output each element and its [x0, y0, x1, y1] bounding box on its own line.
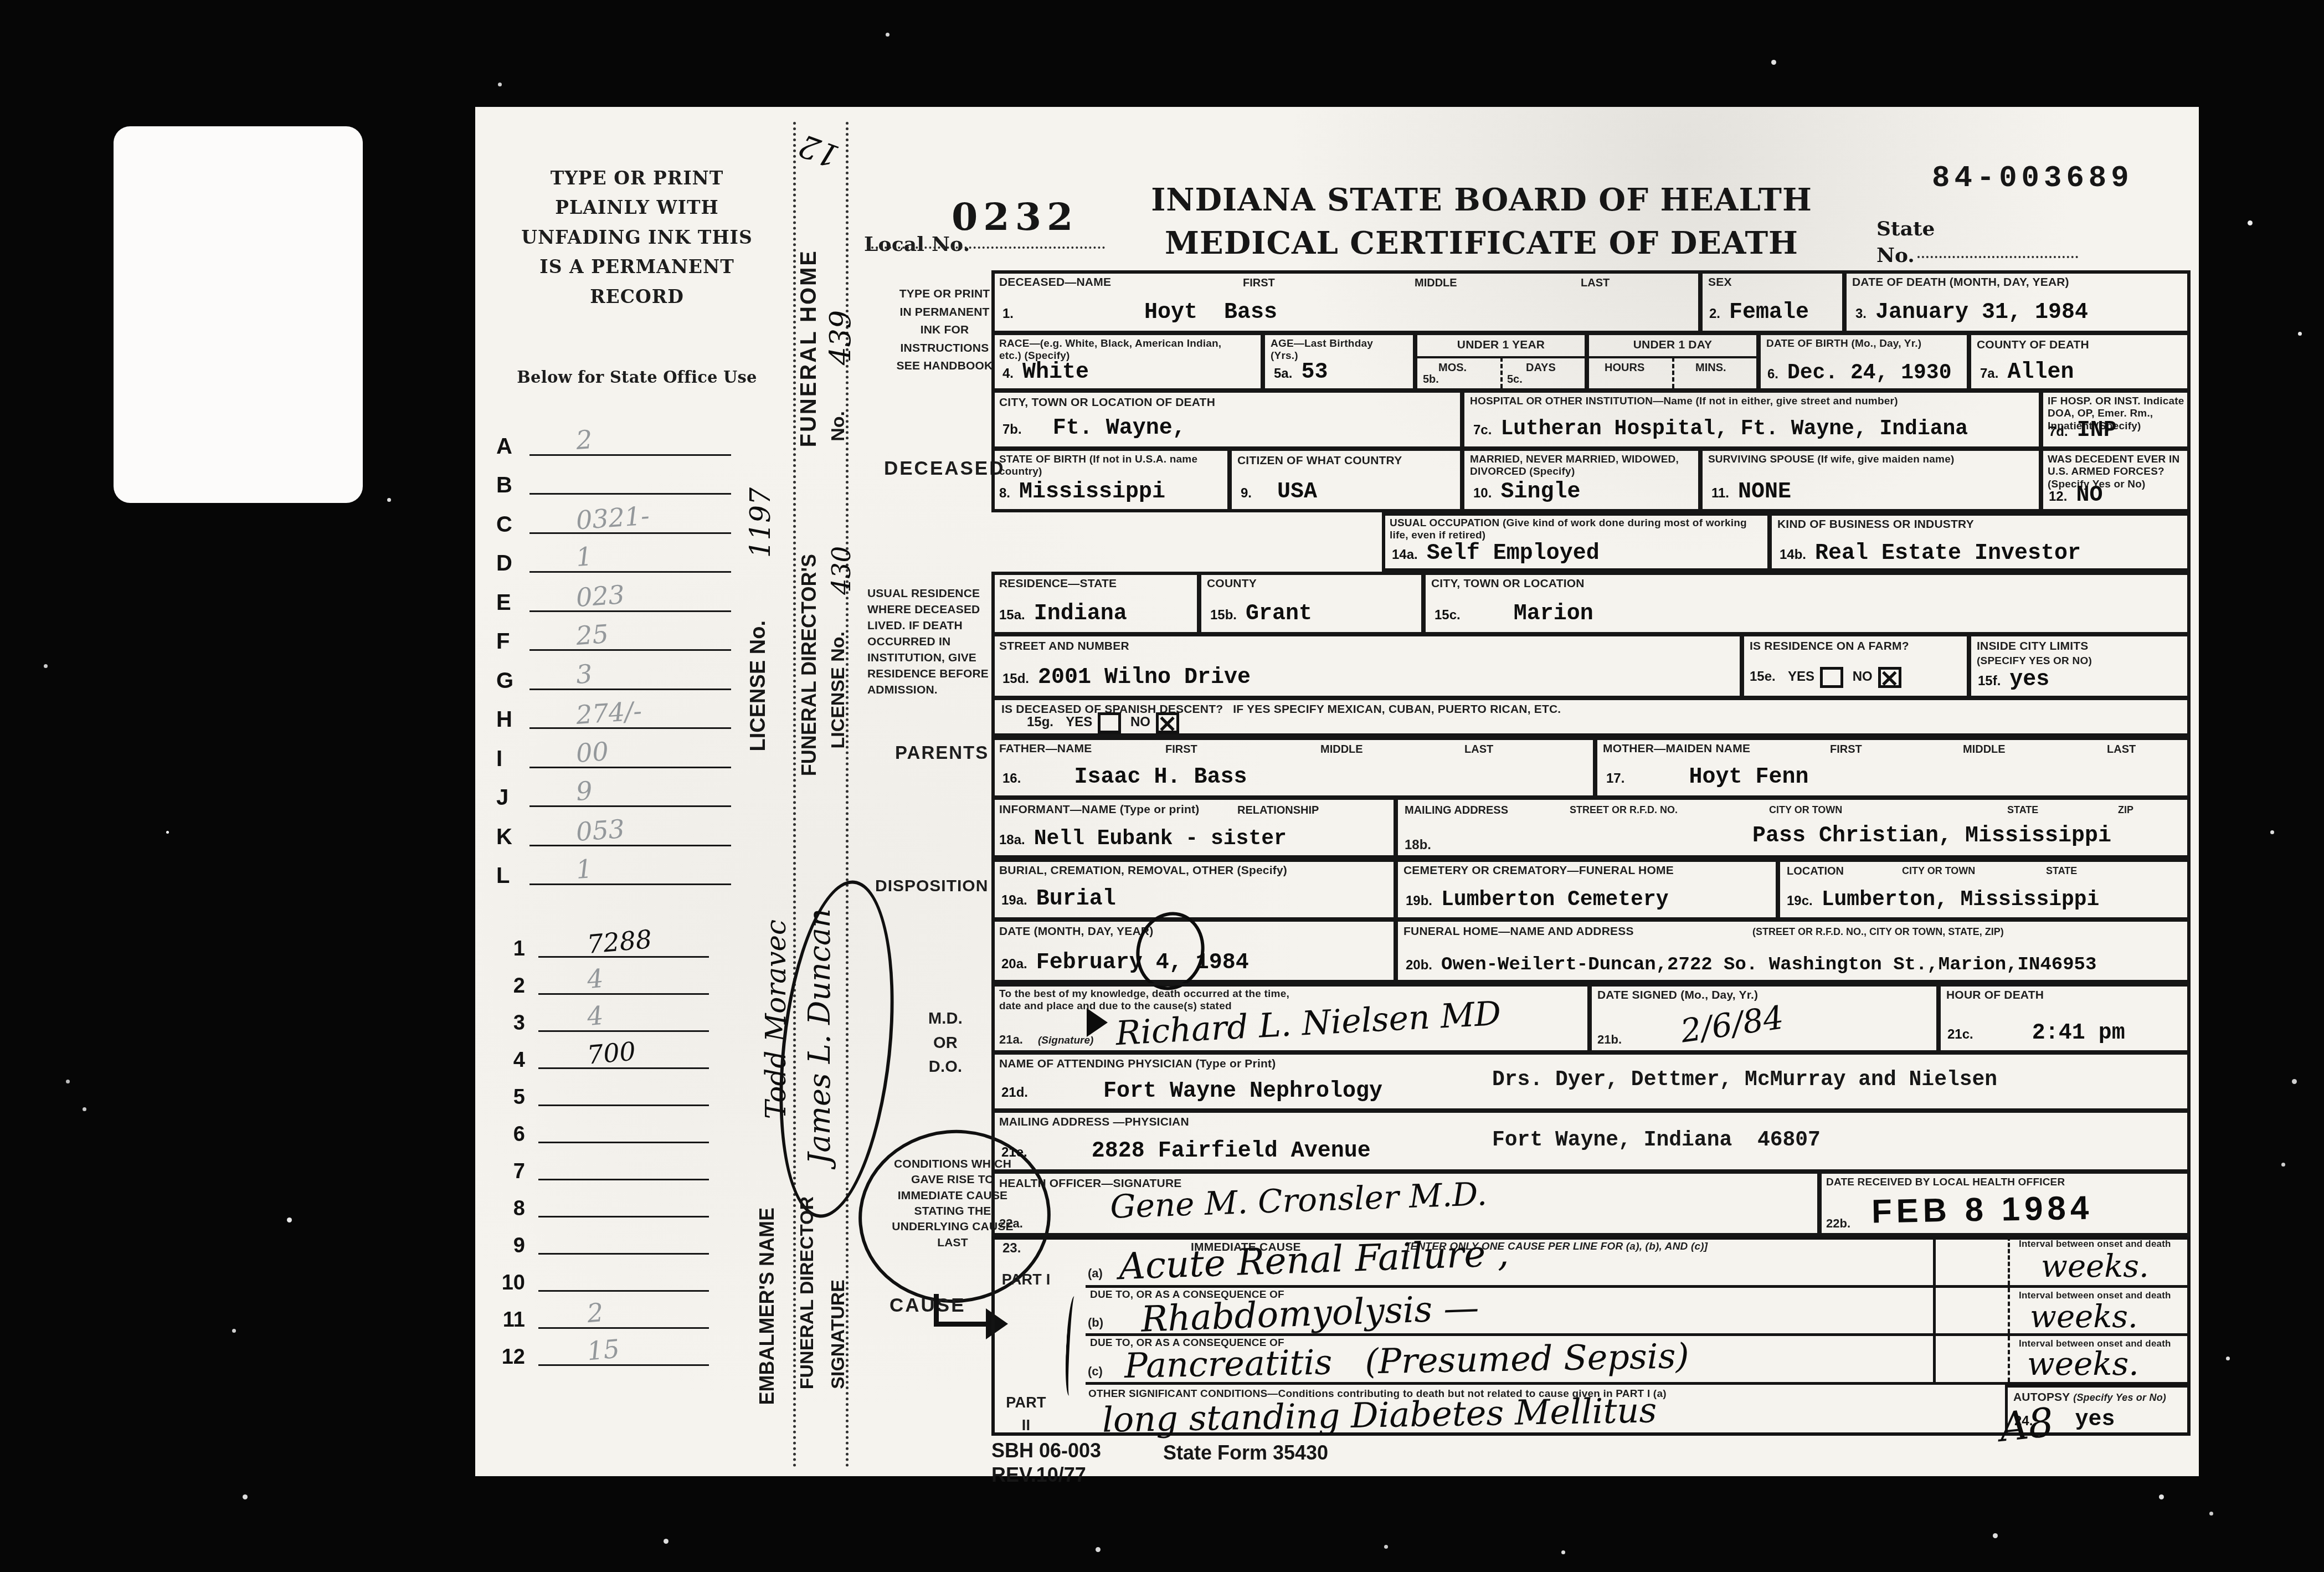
row-letter: F: [496, 629, 510, 654]
row-line: [529, 649, 731, 651]
residence-state-value: Indiana: [1034, 602, 1127, 626]
row-letter: J: [496, 785, 508, 810]
city-limits-sublabel: (SPECIFY YES OR NO): [1977, 655, 2092, 667]
row-number: 9: [493, 1234, 525, 1258]
row-line: [538, 1253, 709, 1255]
row-line: [538, 1104, 709, 1106]
cemetery-location-value: Lumberton, Mississippi: [1822, 888, 2100, 912]
row-line: [538, 1179, 709, 1180]
relationship-sublabel: RELATIONSHIP: [1237, 804, 1319, 817]
field-number: 9.: [1241, 486, 1252, 501]
business-label: KIND OF BUSINESS OR INDUSTRY: [1777, 518, 1974, 532]
row-value: 053: [575, 814, 625, 847]
date-of-birth-label: DATE OF BIRTH (Mo., Day, Yr.): [1766, 338, 1955, 350]
spanish-no-checkbox: [1156, 712, 1179, 733]
field-number: 20a.: [1001, 957, 1027, 972]
row-number: 2: [493, 974, 525, 998]
field-number: 7b.: [1002, 422, 1022, 437]
interval-b: Interval between onset and death weeks.: [1933, 1288, 2191, 1336]
list-item: H 274/-: [493, 696, 737, 735]
county-of-death-label: COUNTY OF DEATH: [1977, 338, 2089, 352]
field-informant-address: MAILING ADDRESS STREET OR R.F.D. NO. CIT…: [1396, 798, 2191, 859]
gutter-dotted-rule-left: [793, 122, 796, 1468]
margin-disposition: DISPOSITION: [875, 876, 988, 896]
cell-rule: [1589, 356, 1756, 358]
part-2-label: PART II: [1000, 1391, 1052, 1436]
field-number: 21c.: [1947, 1027, 1973, 1042]
row-value: 700: [586, 1036, 637, 1070]
list-item: 2 4: [493, 963, 714, 1000]
mailing-address-sublabel: MAILING ADDRESS: [1405, 804, 1508, 817]
field-disposition-date: DATE (MONTH, DAY, YEAR) 20a.February 4, …: [991, 919, 1396, 983]
father-label: FATHER—NAME: [999, 742, 1092, 756]
field-number: 22a.: [999, 1216, 1023, 1231]
farm-label: IS RESIDENCE ON A FARM?: [1750, 640, 1909, 654]
interval-c: Interval between onset and death weeks.: [1933, 1336, 2191, 1385]
date-signed-value: 2/6/84: [1678, 998, 1786, 1050]
farm-yes-checkbox: [1820, 667, 1843, 688]
physician-address-label: MAILING ADDRESS —PHYSICIAN: [999, 1116, 1189, 1129]
spanish-yes-label: YES: [1066, 715, 1092, 730]
disposition-value: Burial: [1036, 887, 1116, 912]
row-number: 7: [493, 1160, 525, 1184]
list-item: E 023: [493, 578, 737, 618]
days-sublabel: DAYS: [1526, 362, 1556, 374]
field-number: 15c.: [1434, 608, 1461, 623]
date-of-death-value: January 31, 1984: [1875, 300, 2088, 325]
row-number: 12: [493, 1345, 525, 1369]
funeral-home-no-label: No.: [827, 411, 849, 441]
surviving-spouse-value: NONE: [1738, 480, 1791, 505]
row-value: 25: [575, 619, 609, 651]
row-line: [538, 1290, 709, 1292]
zip-sublabel: ZIP: [2118, 804, 2133, 816]
director-license-label: LICENSE No.: [827, 631, 849, 749]
field-residence-county: COUNTY 15b.Grant: [1199, 572, 1423, 634]
field-number: 7a.: [1980, 366, 1998, 381]
state-form-number: State Form 35430: [1163, 1441, 1328, 1465]
disposition-label: BURIAL, CREMATION, REMOVAL, OTHER (Speci…: [999, 864, 1359, 878]
city-sublabel: CITY OR TOWN: [1902, 865, 1975, 877]
field-number: 5a.: [1274, 366, 1292, 381]
field-number: 1.: [1002, 306, 1014, 321]
list-item: F 25: [493, 618, 737, 657]
state-office-use-label: Below for State Office Use: [498, 368, 775, 387]
field-mother: MOTHER—MAIDEN NAME FIRST MIDDLE LAST 17.…: [1595, 737, 2191, 798]
list-item: B: [493, 461, 737, 501]
field-number: 21b.: [1597, 1032, 1622, 1047]
field-deceased-name: DECEASED—NAME FIRST MIDDLE LAST 1.Hoyt B…: [991, 270, 1700, 333]
field-business: KIND OF BUSINESS OR INDUSTRY 14b.Real Es…: [1770, 512, 2191, 572]
cause-line-a: (a) Acute Renal Failure ,: [1086, 1236, 1933, 1288]
row-number: 11: [493, 1308, 525, 1332]
citizenship-label: CITIZEN OF WHAT COUNTRY: [1237, 454, 1402, 468]
field-residence-city: CITY, TOWN OR LOCATION 15c.Marion: [1423, 572, 2191, 634]
field-spanish-descent: IS DECEASED OF SPANISH DESCENT? IF YES S…: [991, 698, 2191, 737]
local-no-line: [867, 246, 1105, 249]
row-line: [529, 610, 731, 612]
list-item: 8: [493, 1186, 714, 1223]
surviving-spouse-label: SURVIVING SPOUSE (If wife, give maiden n…: [1708, 454, 2024, 466]
farm-checkbox-row: 15e. YES NO: [1750, 667, 1907, 688]
row-value: 023: [575, 579, 625, 613]
sex-value: Female: [1729, 300, 1809, 325]
field-age: AGE—Last Birthday (Yrs.) 5a.53: [1263, 333, 1415, 391]
signature-pointer: [1087, 1008, 1108, 1037]
residence-street-value: 2001 Wilno Drive: [1038, 665, 1251, 690]
city-of-death-label: CITY, TOWN OR LOCATION OF DEATH: [999, 396, 1215, 410]
field-number: 20b.: [1406, 958, 1432, 973]
date-of-birth-value: Dec. 24, 1930: [1787, 361, 1951, 385]
city-limits-value: yes: [2009, 667, 2049, 692]
margin-md-do: M.D. OR D.O.: [915, 1007, 976, 1080]
date-received-label: DATE RECEIVED BY LOCAL HEALTH OFFICER: [1826, 1177, 2181, 1189]
residence-county-label: COUNTY: [1207, 577, 1257, 591]
field-city-limits: INSIDE CITY LIMITS (SPECIFY YES OR NO) 1…: [1969, 634, 2191, 698]
farm-no-checkbox: [1878, 667, 1901, 688]
field-disposition-type: BURIAL, CREMATION, REMOVAL, OTHER (Speci…: [991, 859, 1396, 919]
field-number: 5b.: [1423, 373, 1439, 386]
director-license-number: 430: [826, 546, 856, 595]
informant-value: Nell Eubank - sister: [1034, 827, 1287, 851]
row-letter: C: [496, 512, 512, 537]
hour-of-death-value: 2:41 pm: [1982, 1021, 2125, 1046]
field-cemetery-location: LOCATION CITY OR TOWN STATE 19c.Lumberto…: [1778, 859, 2191, 919]
funeral-director-signature: James L. Duncan: [802, 908, 837, 1164]
spanish-yes-checkbox: [1098, 712, 1121, 733]
farm-yes-label: YES: [1788, 669, 1814, 684]
interval-b-value: weeks.: [2030, 1299, 2138, 1335]
margin-type-print: TYPE OR PRINT IN PERMANENT INK FOR INSTR…: [896, 285, 993, 376]
interval-divider: [2008, 1236, 2010, 1285]
field-race: RACE—(e.g. White, Black, American Indian…: [991, 333, 1263, 391]
state-sublabel: STATE: [2046, 865, 2077, 877]
field-certification: To the best of my knowledge, death occur…: [991, 983, 1590, 1052]
field-date-signed: DATE SIGNED (Mo., Day, Yr.) 21b. 2/6/84: [1590, 983, 1939, 1052]
under-1-day-label: UNDER 1 DAY: [1589, 338, 1756, 352]
interval-a: Interval between onset and death weeks.: [1933, 1236, 2191, 1288]
row-line: [529, 454, 731, 456]
marital-status-value: Single: [1500, 480, 1580, 505]
row-number: 6: [493, 1123, 525, 1147]
state-no-line: [1917, 256, 2078, 258]
row-line: [538, 1142, 709, 1143]
spanish-checkbox-row: 15g. YES NO: [1027, 712, 1185, 733]
cause-arrow-head: [986, 1308, 1008, 1339]
type-print-instructions: TYPE OR PRINT PLAINLY WITH UNFADING INK …: [510, 163, 764, 311]
attending-physician-label: NAME OF ATTENDING PHYSICIAN (Type or Pri…: [999, 1057, 1276, 1071]
list-item: 1 7288: [493, 926, 714, 963]
field-number: 15b.: [1210, 608, 1237, 623]
residence-county-value: Grant: [1246, 602, 1312, 626]
row-letter: I: [496, 747, 502, 772]
field-number: 15g.: [1027, 715, 1053, 730]
field-residence-street: STREET AND NUMBER 15d.2001 Wilno Drive: [991, 634, 1742, 698]
page-annotation: A8: [1997, 1399, 2056, 1451]
field-number: 19b.: [1406, 893, 1432, 908]
first-sublabel: FIRST: [1830, 743, 1862, 756]
first-sublabel: FIRST: [1165, 743, 1197, 756]
row-value: 0321-: [575, 500, 650, 535]
field-number: 7c.: [1473, 423, 1492, 438]
row-line: [529, 689, 731, 690]
row-line: [529, 883, 731, 885]
list-item: G 3: [493, 656, 737, 696]
license-number: 1197: [744, 487, 777, 558]
row-line: [538, 1364, 709, 1366]
cemetery-value: Lumberton Cemetery: [1441, 888, 1668, 912]
field-hospital: HOSPITAL OR OTHER INSTITUTION—Name (If n…: [1462, 391, 2041, 449]
citizenship-value: USA: [1261, 480, 1317, 505]
interval-divider: [2008, 1288, 2010, 1333]
list-item: J 9: [493, 774, 737, 813]
field-number: 5c.: [1507, 373, 1523, 386]
white-label-patch: [114, 126, 363, 503]
field-health-officer: HEALTH OFFICER—SIGNATURE 22a. Gene M. Cr…: [991, 1172, 1819, 1236]
row-value: 4: [586, 963, 605, 994]
list-item: A 2: [493, 422, 737, 461]
list-item: 4 700: [493, 1037, 714, 1075]
row-line: [529, 727, 731, 729]
county-of-death-value: Allen: [2007, 360, 2074, 385]
sex-label: SEX: [1708, 276, 1732, 290]
age-value: 53: [1301, 360, 1328, 385]
hospital-label: HOSPITAL OR OTHER INSTITUTION—Name (If n…: [1470, 395, 2024, 408]
row-value: 15: [586, 1334, 621, 1366]
funeral-directors-label: FUNERAL DIRECTOR'S: [798, 554, 821, 776]
row-line: [529, 493, 731, 495]
mother-value: Hoyt Fenn: [1633, 765, 1808, 790]
row-number: 4: [493, 1049, 525, 1072]
location-sublabel: LOCATION: [1787, 865, 1844, 878]
row-letter: K: [496, 825, 512, 850]
physician-address-value: 2828 Fairfield Avenue: [1036, 1139, 1371, 1164]
list-item: 5: [493, 1075, 714, 1112]
first-sublabel: FIRST: [1243, 277, 1275, 290]
row-letter: A: [496, 434, 512, 459]
row-line: [529, 845, 731, 846]
row-line: [529, 532, 731, 534]
row-value: 2: [575, 424, 593, 455]
field-number: 18a.: [999, 833, 1025, 847]
field-number: 19c.: [1787, 893, 1813, 908]
field-number: 7d.: [2049, 424, 2068, 439]
line-b-tag: (b): [1088, 1316, 1103, 1330]
field-number: 22b.: [1826, 1216, 1850, 1231]
physician-address-extra: Fort Wayne, Indiana 46807: [1492, 1128, 1821, 1152]
marital-status-label: MARRIED, NEVER MARRIED, WIDOWED, DIVORCE…: [1470, 454, 1686, 479]
mother-label: MOTHER—MAIDEN NAME: [1603, 742, 1750, 756]
funeral-home-sublabel: (STREET OR R.F.D. NO., CITY OR TOWN, STA…: [1752, 926, 2004, 938]
state-no-label: No.: [1876, 244, 1915, 267]
line-a-tag: (a): [1088, 1266, 1103, 1281]
informant-label: INFORMANT—NAME (Type or print): [999, 803, 1199, 817]
row-number: 3: [493, 1011, 525, 1035]
hospital-status-value: INP: [2077, 418, 2117, 443]
row-line: [529, 767, 731, 768]
race-label: RACE—(e.g. White, Black, American Indian…: [999, 338, 1243, 363]
field-hospital-status: IF HOSP. OR INST. Indicate DOA, OP, Emer…: [2041, 391, 2191, 449]
scanner-noise: [166, 831, 169, 834]
field-number: 21d.: [1001, 1085, 1028, 1100]
occupation-value: Self Employed: [1427, 541, 1600, 566]
title-line-2: MEDICAL CERTIFICATE OF DEATH: [1135, 225, 1828, 261]
city-sublabel: CITY OR TOWN: [1769, 804, 1842, 816]
list-item: C 0321-: [493, 500, 737, 540]
list-item: L 1: [493, 852, 737, 891]
state-office-letter-rows: A 2 B C 0321- D 1 E: [493, 422, 737, 891]
cause-line-b: DUE TO, OR AS A CONSEQUENCE OF (b) Rhabd…: [1086, 1288, 1933, 1336]
row-line: [538, 1216, 709, 1217]
field-number: 4.: [1002, 366, 1014, 381]
interval-c-value: weeks.: [2027, 1345, 2139, 1383]
title-line-1: INDIANA STATE BOARD OF HEALTH: [1135, 182, 1828, 218]
state-of-birth-label: STATE OF BIRTH (If not in U.S.A. name co…: [999, 454, 1215, 479]
city-of-death-value: Ft. Wayne,: [1031, 416, 1186, 441]
attending-physician-extra: Drs. Dyer, Dettmer, McMurray and Nielsen: [1492, 1068, 1997, 1092]
cemetery-label: CEMETERY OR CREMATORY—FUNERAL HOME: [1403, 864, 1758, 878]
row-line: [529, 571, 731, 573]
row-number: 1: [493, 937, 525, 961]
father-value: Isaac H. Bass: [1030, 765, 1247, 790]
age-label: AGE—Last Birthday (Yrs.): [1271, 338, 1398, 363]
funeral-home-value: Owen-Weilert-Duncan,2722 So. Washington …: [1441, 954, 2096, 975]
field-number: 10.: [1473, 486, 1492, 501]
license-label: LICENSE No.: [747, 620, 770, 751]
cell-divider: [1500, 357, 1503, 388]
field-under-1-year: UNDER 1 YEAR MOS. DAYS 5b. 5c.: [1415, 333, 1587, 391]
middle-sublabel: MIDDLE: [1415, 277, 1457, 290]
margin-cause: CAUSE: [890, 1294, 966, 1317]
row-value: 9: [575, 775, 593, 806]
field-number: 14a.: [1392, 547, 1418, 562]
field-residence-state: RESIDENCE—STATE 15a.Indiana: [991, 572, 1199, 634]
field-city-of-death: CITY, TOWN OR LOCATION OF DEATH 7b.Ft. W…: [991, 391, 1462, 449]
list-item: 6: [493, 1112, 714, 1149]
date-signed-label: DATE SIGNED (Mo., Day, Yr.): [1597, 989, 1758, 1003]
row-line: [538, 1067, 709, 1069]
armed-forces-value: NO: [2076, 483, 2102, 508]
date-received-stamp: FEB 8 1984: [1871, 1189, 2093, 1231]
residence-state-label: RESIDENCE—STATE: [999, 577, 1117, 591]
mins-sublabel: MINS.: [1695, 362, 1726, 374]
hour-of-death-label: HOUR OF DEATH: [1946, 989, 2044, 1003]
funeral-home-label: FUNERAL HOME—NAME AND ADDRESS: [1403, 925, 1634, 939]
field-date-received: DATE RECEIVED BY LOCAL HEALTH OFFICER 22…: [1819, 1172, 2191, 1236]
field-number: 17.: [1606, 771, 1624, 786]
part-1-label: PART I: [1000, 1268, 1052, 1291]
hours-sublabel: HOURS: [1605, 362, 1644, 374]
list-item: K 053: [493, 813, 737, 852]
field-physician-address: MAILING ADDRESS —PHYSICIAN 21e.2828 Fair…: [991, 1111, 2191, 1172]
residence-street-label: STREET AND NUMBER: [999, 640, 1129, 654]
list-item: 12 15: [493, 1334, 714, 1371]
street-sublabel: STREET OR R.F.D. NO.: [1570, 804, 1678, 816]
funeral-director-label: FUNERAL DIRECTOR: [796, 1196, 818, 1389]
field-number: 2.: [1709, 306, 1720, 321]
field-number: 8.: [999, 486, 1010, 501]
row-value: 7288: [586, 924, 653, 959]
funeral-home-number: 439: [824, 310, 857, 365]
field-number: 15a.: [999, 608, 1025, 623]
row-line: [538, 1327, 709, 1329]
row-value: 1: [575, 541, 593, 572]
field-occupation: USUAL OCCUPATION (Give kind of work done…: [1382, 512, 1770, 572]
row-value: 4: [586, 1000, 605, 1031]
field-sex: SEX 2.Female: [1700, 270, 1844, 333]
field-county-of-death: COUNTY OF DEATH 7a.Allen: [1969, 333, 2191, 391]
row-value: 2: [586, 1297, 605, 1328]
deceased-name-label: DECEASED—NAME: [999, 276, 1111, 290]
field-attending-physician: NAME OF ATTENDING PHYSICIAN (Type or Pri…: [991, 1052, 2191, 1111]
field-informant: INFORMANT—NAME (Type or print) RELATIONS…: [991, 798, 1396, 859]
field-citizenship: CITIZEN OF WHAT COUNTRY 9.USA: [1230, 449, 1462, 512]
list-item: 11 2: [493, 1297, 714, 1334]
field-date-of-birth: DATE OF BIRTH (Mo., Day, Yr.) 6.Dec. 24,…: [1759, 333, 1969, 391]
row-value: 1: [575, 854, 593, 885]
spanish-no-label: NO: [1130, 715, 1150, 730]
date-of-death-label: DATE OF DEATH (MONTH, DAY, YEAR): [1852, 276, 2069, 290]
row-value: 00: [575, 736, 609, 768]
state-label: State: [1876, 217, 1935, 240]
field-number: 3.: [1855, 306, 1867, 321]
row-line: [538, 1030, 709, 1032]
list-item: 3 4: [493, 1000, 714, 1037]
form-revision: REV.10/77: [991, 1463, 1086, 1487]
field-number: 18b.: [1405, 838, 1431, 853]
field-under-1-day: UNDER 1 DAY HOURS MINS.: [1587, 333, 1759, 391]
cause-line-c: DUE TO, OR AS A CONSEQUENCE OF (c) Pancr…: [1086, 1336, 1933, 1385]
cause-number: 23.: [1002, 1241, 1021, 1256]
middle-sublabel: MIDDLE: [1963, 743, 2006, 756]
mos-sublabel: MOS.: [1438, 362, 1467, 374]
last-sublabel: LAST: [1464, 743, 1493, 756]
row-letter: D: [496, 551, 512, 576]
funeral-home-label: FUNERAL HOME: [796, 249, 821, 447]
state-office-number-rows: 1 7288 2 4 3 4 4 700 5: [493, 926, 714, 1371]
state-of-birth-value: Mississippi: [1019, 480, 1165, 505]
disposition-date-label: DATE (MONTH, DAY, YEAR): [999, 925, 1153, 939]
attending-physician-value: Fort Wayne Nephrology: [1037, 1079, 1382, 1104]
row-value: 274/-: [575, 696, 642, 730]
state-file-number: 84-003689: [1932, 162, 2133, 196]
row-letter: B: [496, 473, 512, 498]
cause-arrow-shaft: [934, 1322, 987, 1327]
deceased-name-value: Hoyt Bass: [1022, 300, 1277, 325]
field-number: 21e.: [1001, 1145, 1027, 1160]
field-number: 19a.: [1001, 893, 1027, 908]
cause-a-value: Acute Renal Failure ,: [1118, 1232, 1510, 1288]
informant-address-value: Pass Christian, Mississippi: [1752, 824, 2111, 849]
field-state-of-birth: STATE OF BIRTH (If not in U.S.A. name co…: [991, 449, 1230, 512]
embalmer-label: EMBALMER'S NAME: [755, 1208, 779, 1405]
interval-divider: [2008, 1336, 2010, 1382]
margin-deceased: DECEASED: [884, 457, 1005, 480]
field-number: 15f.: [1978, 674, 2001, 689]
city-limits-label: INSIDE CITY LIMITS: [1977, 640, 2089, 654]
row-line: [529, 805, 731, 807]
list-item: I 00: [493, 734, 737, 774]
last-sublabel: LAST: [2107, 743, 2136, 756]
form-code: SBH 06-003: [991, 1439, 1101, 1462]
line-c-tag: (c): [1088, 1364, 1103, 1379]
residence-city-label: CITY, TOWN OR LOCATION: [1431, 577, 1585, 591]
under-1-year-label: UNDER 1 YEAR: [1417, 338, 1585, 352]
field-number: 16.: [1002, 771, 1021, 786]
row-letter: G: [496, 669, 513, 693]
scan-canvas: TYPE OR PRINT PLAINLY WITH UNFADING INK …: [0, 0, 2324, 1572]
signature-sublabel: (Signature): [1038, 1035, 1093, 1047]
